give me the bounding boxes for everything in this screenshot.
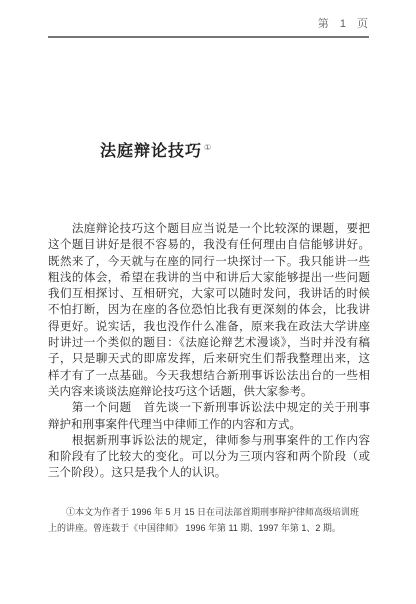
footnote-marker: ① — [204, 143, 211, 152]
footnote-line: 上的讲座。曾连载于《中国律师》 1996 年第 11 期、1997 年第 1、2… — [48, 520, 370, 536]
footnote-line: ①本文为作者于 1996 年 5 月 15 日在司法部首期刑事辩护律师高级培训班 — [48, 504, 370, 520]
page-title: 法庭辩论技巧① — [100, 138, 211, 161]
body-line: 根据新刑事诉讼法的规定，律师参与刑事案件的工作内容 — [48, 433, 370, 449]
body-text: 法庭辩论技巧这个题目应当说是一个比较深的课题，要把这个题目讲好是很不容易的，我没… — [48, 221, 370, 482]
body-line: 得更好。说实话，我也没作什么准备，原来我在政法大学讲座 — [48, 319, 370, 335]
body-line: 三个阶段）。这只是我个人的认识。 — [48, 465, 370, 481]
body-line: 子，只是聊天式的即席发挥，后来研究生们帮我整理出来，这 — [48, 351, 370, 367]
body-line: 关内容来谈谈法庭辩论技巧这个话题，供大家参考。 — [48, 384, 370, 400]
header-rule — [48, 36, 369, 38]
body-line: 这个题目讲好是很不容易的，我没有任何理由自信能够讲好。 — [48, 237, 370, 253]
page-number-label: 第 1 页 — [318, 18, 369, 30]
body-line: 时讲过一个类似的题目：《法庭论辩艺术漫谈》，当时并没有稿 — [48, 335, 370, 351]
document-page: 第 1 页 法庭辩论技巧① 法庭辩论技巧这个题目应当说是一个比较深的课题，要把这… — [0, 0, 416, 604]
title-text: 法庭辩论技巧 — [100, 143, 202, 160]
footnote: ①本文为作者于 1996 年 5 月 15 日在司法部首期刑事辩护律师高级培训班… — [48, 504, 370, 536]
page-header: 第 1 页 — [48, 15, 369, 31]
body-line: 第一个问题 首先谈一下新刑事诉讼法中规定的关于刑事 — [48, 400, 370, 416]
body-line: 样才有了一点基础。今天我想结合新刑事诉讼法出台的一些相 — [48, 368, 370, 384]
body-line: 法庭辩论技巧这个题目应当说是一个比较深的课题，要把 — [48, 221, 370, 237]
body-line: 和阶段有了比较大的变化。可以分为三项内容和两个阶段（或 — [48, 449, 370, 465]
body-line: 粗浅的体会，希望在我讲的当中和讲后大家能够提出一些问题 — [48, 270, 370, 286]
body-line: 辩护和刑事案件代理当中律师工作的内容和方式。 — [48, 417, 370, 433]
body-line: 不怕打断，因为在座的各位恐怕比我有更深刻的体会，比我讲 — [48, 302, 370, 318]
body-line: 既然来了，今天就与在座的同行一块探讨一下。我只能讲一些 — [48, 254, 370, 270]
body-line: 我们互相探讨、互相研究，大家可以随时发问，我讲话的时候 — [48, 286, 370, 302]
